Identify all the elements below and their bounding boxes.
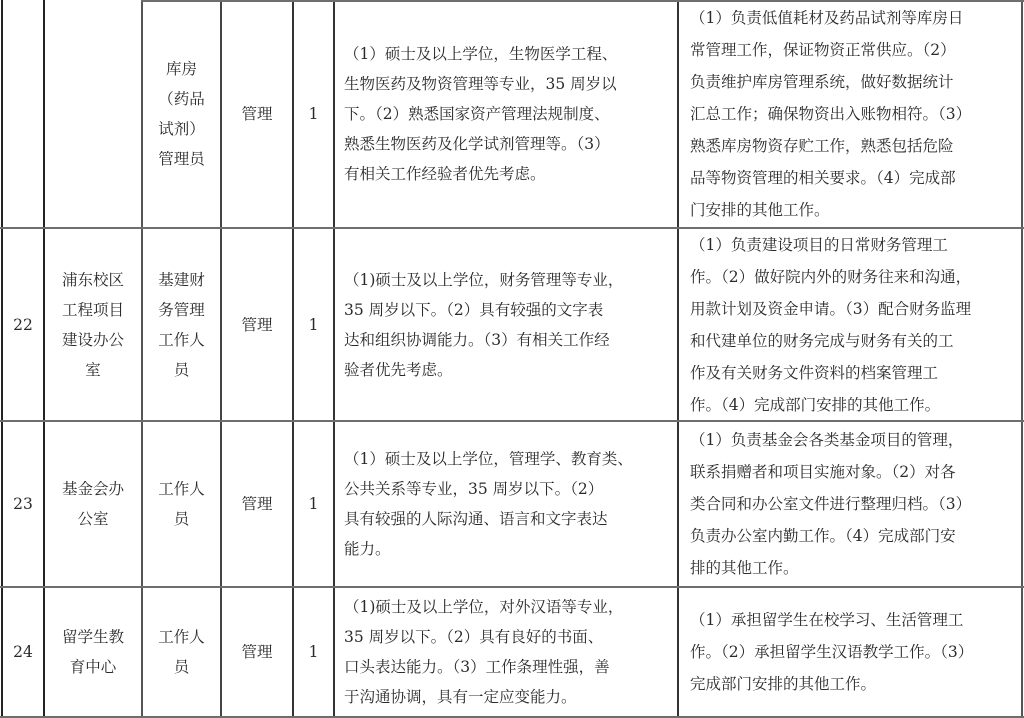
position-cell: 库房 （药品 试剂） 管理员 [142,0,221,228]
department-cell: 基金会办 公室 [44,421,142,587]
row-number-cell: 24 [2,587,44,717]
column-divider [1021,0,1023,718]
row-number-cell [2,0,44,228]
column-divider [43,0,45,718]
count-cell: 1 [293,421,334,587]
requirements-cell: （1）硕士及以上学位，生物医学工程、 生物医药及物资管理等专业，35 周岁以 下… [334,0,678,228]
column-divider [141,0,143,718]
requirements-cell: （1)硕士及以上学位，对外汉语等专业， 35 周岁以下。（2）具有良好的书面、 … [334,587,678,717]
row-divider [0,420,1024,422]
row-divider [141,0,1024,2]
category-cell: 管理 [221,0,293,228]
category-cell: 管理 [221,587,293,717]
count-cell: 1 [293,587,334,717]
duties-cell: （1）负责建设项目的日常财务管理工 作。（2）做好院内外的财务往来和沟通， 用款… [678,228,1022,421]
duties-cell: （1）承担留学生在校学习、生活管理工 作。（2）承担留学生汉语教学工作。（3） … [678,587,1022,717]
duties-cell: （1）负责基金会各类基金项目的管理， 联系捐赠者和项目实施对象。（2）对各 类合… [678,421,1022,587]
count-cell: 1 [293,228,334,421]
count-cell: 1 [293,0,334,228]
column-divider [677,0,679,718]
table-row: 23 基金会办 公室 工作人 员 管理 1 （1）硕士及以上学位，管理学、教育类… [0,421,1024,587]
duties-cell: （1）负责低值耗材及药品试剂等库房日 常管理工作，保证物资正常供应。（2） 负责… [678,0,1022,228]
position-cell: 基建财 务管理 工作人 员 [142,228,221,421]
column-divider [333,0,335,718]
position-cell: 工作人 员 [142,421,221,587]
row-divider [0,586,1024,588]
category-cell: 管理 [221,421,293,587]
row-number-cell: 22 [2,228,44,421]
department-cell [44,0,142,228]
column-divider [1,0,3,718]
row-number-cell: 23 [2,421,44,587]
table-row: 22 浦东校区 工程项目 建设办公 室 基建财 务管理 工作人 员 管理 1 （… [0,228,1024,421]
category-cell: 管理 [221,228,293,421]
department-cell: 留学生教 育中心 [44,587,142,717]
recruitment-table: 库房 （药品 试剂） 管理员 管理 1 （1）硕士及以上学位，生物医学工程、 生… [0,0,1024,718]
table-row: 库房 （药品 试剂） 管理员 管理 1 （1）硕士及以上学位，生物医学工程、 生… [0,0,1024,228]
position-cell: 工作人 员 [142,587,221,717]
department-cell: 浦东校区 工程项目 建设办公 室 [44,228,142,421]
requirements-cell: （1)硕士及以上学位，财务管理等专业， 35 周岁以下。（2）具有较强的文字表 … [334,228,678,421]
column-divider [292,0,294,718]
requirements-cell: （1）硕士及以上学位，管理学、教育类、 公共关系等专业，35 周岁以下。（2） … [334,421,678,587]
row-divider [0,227,1024,229]
table-row: 24 留学生教 育中心 工作人 员 管理 1 （1)硕士及以上学位，对外汉语等专… [0,587,1024,717]
column-divider [220,0,222,718]
